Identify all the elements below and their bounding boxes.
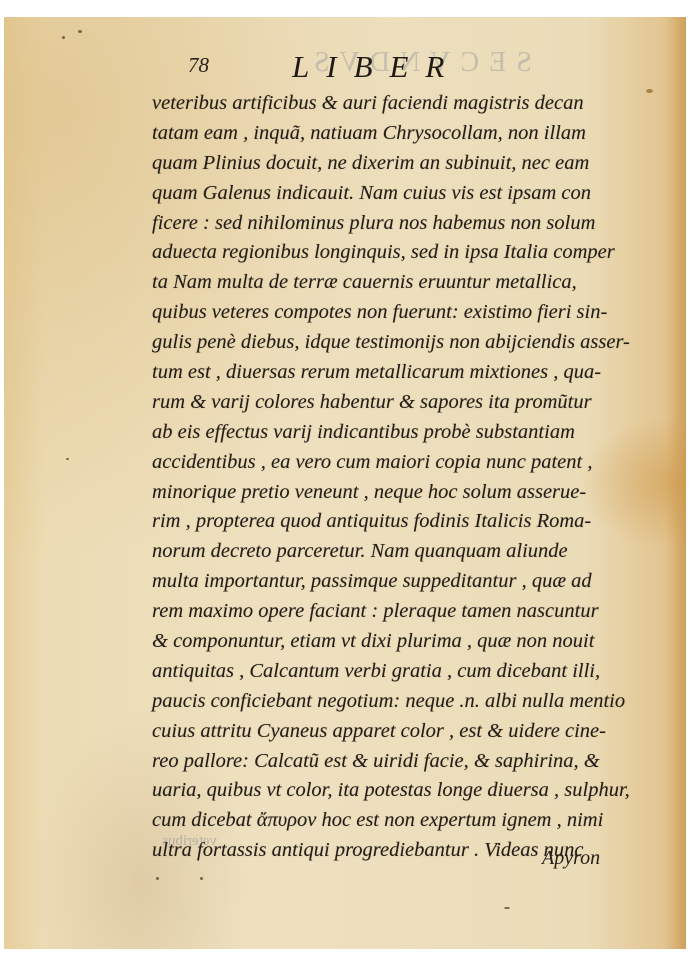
text-line: tum est , diuersas rerum metallicarum mi… xyxy=(152,358,642,388)
text-line: cum dicebat ἄπυρον hoc est non expertum … xyxy=(152,806,642,836)
text-line: tatam eam , inquã, natiuam Chrysocollam,… xyxy=(152,119,642,149)
text-line: paucis conficiebant negotium: neque .n. … xyxy=(152,687,642,717)
page-number: 78 xyxy=(188,53,209,78)
ink-spot xyxy=(78,30,82,33)
ink-spot xyxy=(504,907,510,909)
ink-spot xyxy=(66,458,69,460)
text-line: antiquitas , Calcantum verbi gratia , cu… xyxy=(152,657,642,687)
text-line: quibus veteres compotes non fuerunt: exi… xyxy=(152,298,642,328)
text-line: quam Plinius docuit, ne dixerim an subin… xyxy=(152,149,642,179)
text-line: ta Nam multa de terræ cauernis eruuntur … xyxy=(152,268,642,298)
text-line: veteribus artificibus & auri faciendi ma… xyxy=(152,89,642,119)
text-line: quam Galenus indicauit. Nam cuius vis es… xyxy=(152,179,642,209)
text-line: rem maximo opere faciant : pleraque tame… xyxy=(152,597,642,627)
body-text: veteribus artificibus & auri faciendi ma… xyxy=(152,89,642,866)
text-line: rim , propterea quod antiquitus fodinis … xyxy=(152,507,642,537)
page-header: SECVNDVS 78 LIBER xyxy=(4,53,686,93)
text-line: accidentibus , ea vero cum maiori copia … xyxy=(152,448,642,478)
text-line: cuius attritu Cyaneus apparet color , es… xyxy=(152,717,642,747)
text-line: ab eis effectus varij indicantibus probè… xyxy=(152,418,642,448)
text-line: reo pallore: Calcatũ est & uiridi facie,… xyxy=(152,747,642,777)
show-through-text: veteribus xyxy=(162,833,217,850)
running-head: LIBER xyxy=(292,49,461,85)
text-line: rum & varij colores habentur & sapores i… xyxy=(152,388,642,418)
text-line: multa importantur, passimque suppeditant… xyxy=(152,567,642,597)
text-line: uaria, quibus vt color, ita potestas lon… xyxy=(152,776,642,806)
text-line: ficere : sed nihilominus plura nos habem… xyxy=(152,209,642,239)
catchword: Apyron xyxy=(542,847,600,870)
text-line: gulis penè diebus, idque testimonijs non… xyxy=(152,328,642,358)
ink-spot xyxy=(62,36,65,39)
ink-spot xyxy=(200,877,203,880)
text-line: minorique pretio veneunt , neque hoc sol… xyxy=(152,478,642,508)
text-line: norum decreto parceretur. Nam quanquam a… xyxy=(152,537,642,567)
text-line: & componuntur, etiam vt dixi plurima , q… xyxy=(152,627,642,657)
text-line: aduecta regionibus longinquis, sed in ip… xyxy=(152,238,642,268)
book-page: SECVNDVS 78 LIBER veteribus artificibus … xyxy=(4,17,686,949)
ink-spot xyxy=(156,877,159,880)
